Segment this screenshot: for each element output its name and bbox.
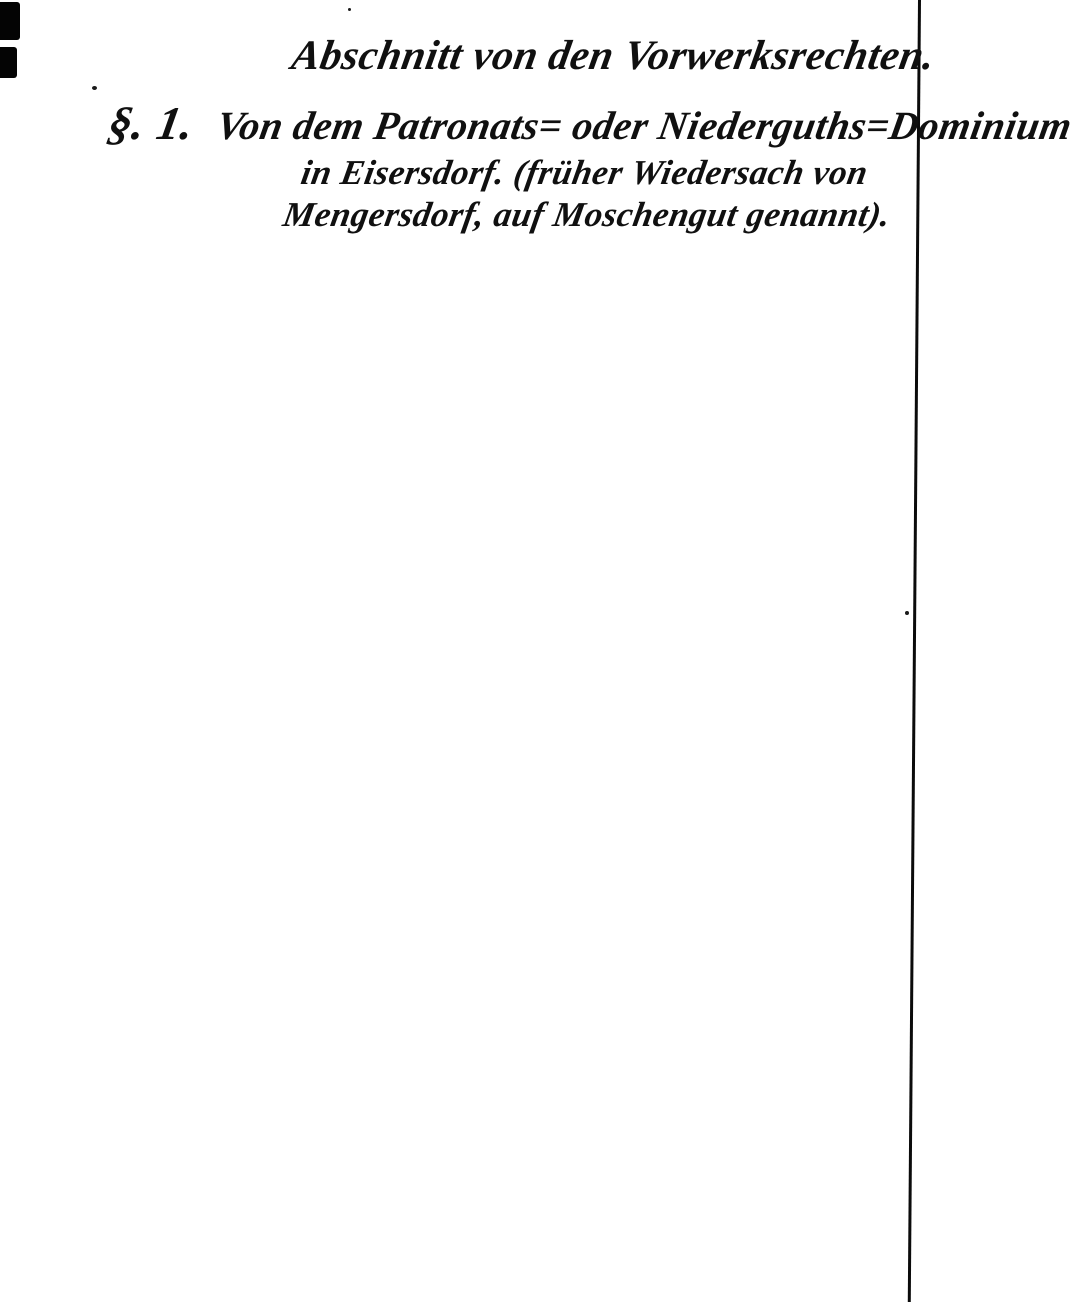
- ink-speck: [348, 8, 351, 11]
- manuscript-line: Mengersdorf, auf Moschengut genannt).: [280, 195, 894, 235]
- section-line: §. 1. Von dem Patronats= oder Niederguth…: [104, 97, 1072, 151]
- manuscript-line: in Eisersdorf. (früher Wiedersach von: [298, 153, 871, 193]
- ink-speck: [905, 611, 909, 615]
- section-title: Von dem Patronats= oder Niederguths=Domi…: [213, 103, 1072, 149]
- scan-edge-mark-bottom: [0, 47, 17, 78]
- ink-speck: [92, 86, 97, 90]
- section-paragraph-mark: §. 1.: [104, 97, 198, 151]
- manuscript-page: Abschnitt von den Vorwerksrechten. §. 1.…: [0, 0, 1072, 1307]
- page-edge-rule: [908, 0, 921, 1302]
- scan-edge-mark-top: [0, 2, 20, 40]
- manuscript-heading: Abschnitt von den Vorwerksrechten.: [288, 32, 939, 80]
